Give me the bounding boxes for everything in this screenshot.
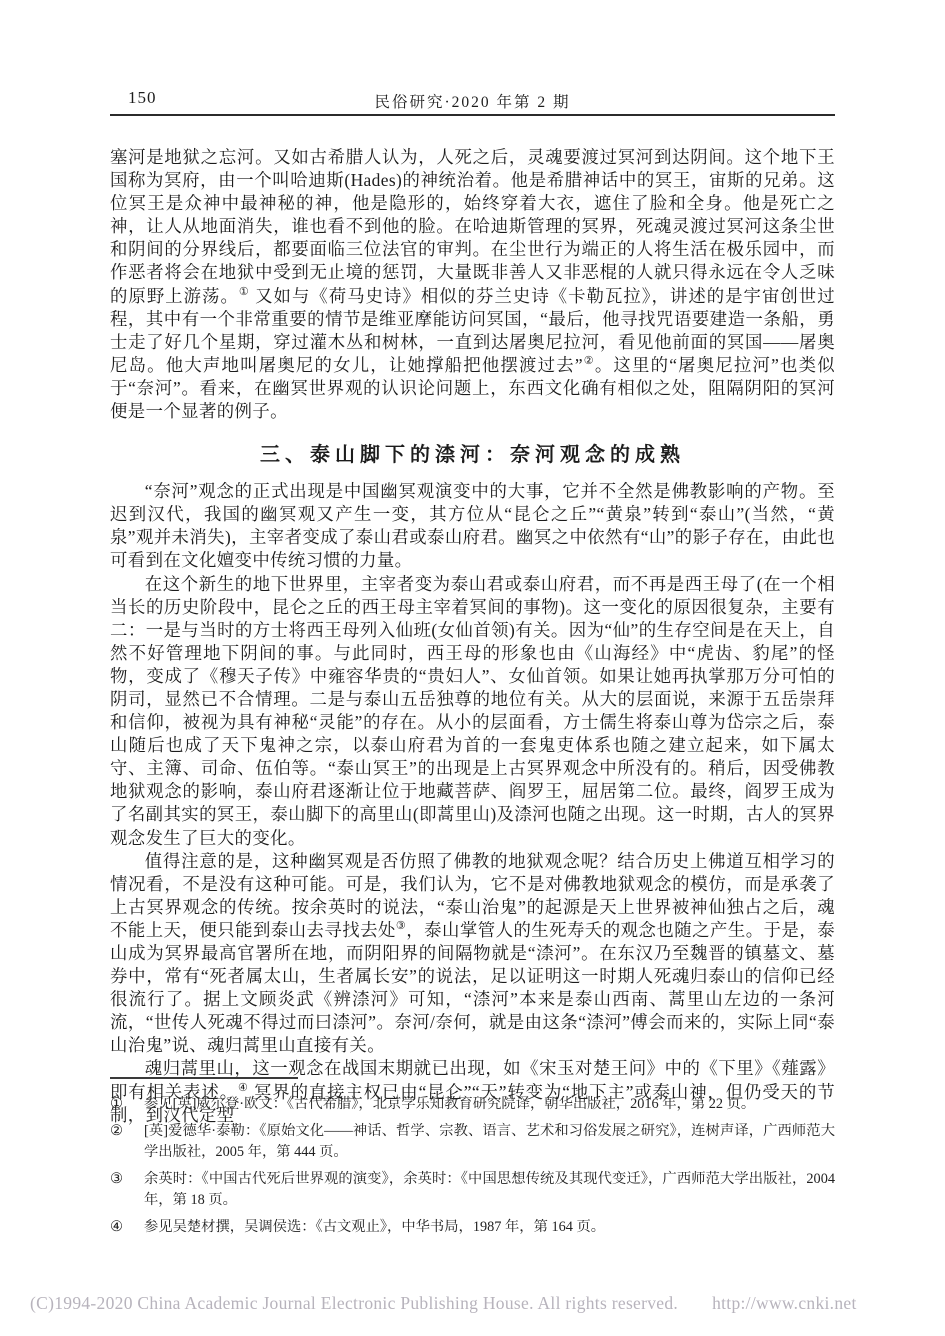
footnote-number: ① [110, 1094, 144, 1116]
footnote-list: ①参见[英]威尔登·欧文：《古代希腊》，北京学乐知教育研究院译，朝华出版社，20… [110, 1094, 835, 1238]
paragraphs-after-heading: “奈河”观念的正式出现是中国幽冥观演变中的大事，它并不全然是佛教影响的产物。至迟… [110, 480, 835, 1127]
paragraph-text: ，泰山掌管人的生死寿夭的观念也随之产生。于是，泰山成为冥界最高官署所在地，而阴阳… [110, 920, 835, 1055]
section-heading: 三、泰山脚下的渿河：奈河观念的成熟 [110, 438, 835, 467]
paragraphs-before-heading: 塞河是地狱之忘河。又如古希腊人认为，人死之后，灵魂要渡过冥河到达阴间。这个地下王… [110, 146, 835, 423]
paragraph-text: 塞河是地狱之忘河。又如古希腊人认为，人死之后，灵魂要渡过冥河到达阴间。这个地下王… [110, 147, 835, 306]
footer-copyright: (C)1994-2020 China Academic Journal Elec… [30, 1293, 678, 1314]
journal-page: 150 民俗研究·2020 年第 2 期 塞河是地狱之忘河。又如古希腊人认为，人… [0, 0, 945, 1336]
footnote-ref: ② [583, 355, 595, 367]
footnote-text: 参见[英]威尔登·欧文：《古代希腊》，北京学乐知教育研究院译，朝华出版社，201… [144, 1094, 835, 1116]
footnote-separator-rule [110, 1077, 298, 1079]
footnote: ③余英时：《中国古代死后世界观的演变》，余英时：《中国思想传统及其现代变迁》，广… [110, 1169, 835, 1212]
journal-title: 民俗研究·2020 年第 2 期 [110, 90, 835, 112]
article-body: 塞河是地狱之忘河。又如古希腊人认为，人死之后，灵魂要渡过冥河到达阴间。这个地下王… [110, 146, 835, 1127]
body-paragraph: 塞河是地狱之忘河。又如古希腊人认为，人死之后，灵魂要渡过冥河到达阴间。这个地下王… [110, 146, 835, 423]
footnotes-block: ①参见[英]威尔登·欧文：《古代希腊》，北京学乐知教育研究院译，朝华出版社，20… [110, 1077, 835, 1243]
footnote: ②[英]爱德华·泰勒：《原始文化——神话、哲学、宗教、语言、艺术和习俗发展之研究… [110, 1121, 835, 1164]
footnote-ref: ① [239, 286, 250, 298]
footnote-number: ④ [110, 1217, 144, 1239]
body-paragraph: “奈河”观念的正式出现是中国幽冥观演变中的大事，它并不全然是佛教影响的产物。至迟… [110, 480, 835, 572]
paragraph-text: “奈河”观念的正式出现是中国幽冥观演变中的大事，它并不全然是佛教影响的产物。至迟… [110, 481, 835, 570]
footnote-number: ③ [110, 1169, 144, 1212]
footnote: ①参见[英]威尔登·欧文：《古代希腊》，北京学乐知教育研究院译，朝华出版社，20… [110, 1094, 835, 1116]
page-header: 150 民俗研究·2020 年第 2 期 [110, 88, 835, 116]
body-paragraph: 在这个新生的地下世界里，主宰者变为泰山君或泰山府君，而不再是西王母了(在一个相当… [110, 573, 835, 850]
page-footer: (C)1994-2020 China Academic Journal Elec… [30, 1293, 915, 1314]
footnote-text: 参见吴楚材撰，吴调侯选：《古文观止》，中华书局，1987 年，第 164 页。 [144, 1217, 835, 1239]
footnote: ④参见吴楚材撰，吴调侯选：《古文观止》，中华书局，1987 年，第 164 页。 [110, 1217, 835, 1239]
paragraph-text: 在这个新生的地下世界里，主宰者变为泰山君或泰山府君，而不再是西王母了(在一个相当… [110, 574, 835, 848]
body-paragraph: 值得注意的是，这种幽冥观是否仿照了佛教的地狱观念呢？结合历史上佛道互相学习的情况… [110, 850, 835, 1058]
footnote-text: [英]爱德华·泰勒：《原始文化——神话、哲学、宗教、语言、艺术和习俗发展之研究》… [144, 1121, 835, 1164]
footnote-text: 余英时：《中国古代死后世界观的演变》，余英时：《中国思想传统及其现代变迁》，广西… [144, 1169, 835, 1212]
footnote-ref: ③ [396, 920, 406, 932]
footer-url: http://www.cnki.net [712, 1293, 857, 1314]
footnote-number: ② [110, 1121, 144, 1164]
